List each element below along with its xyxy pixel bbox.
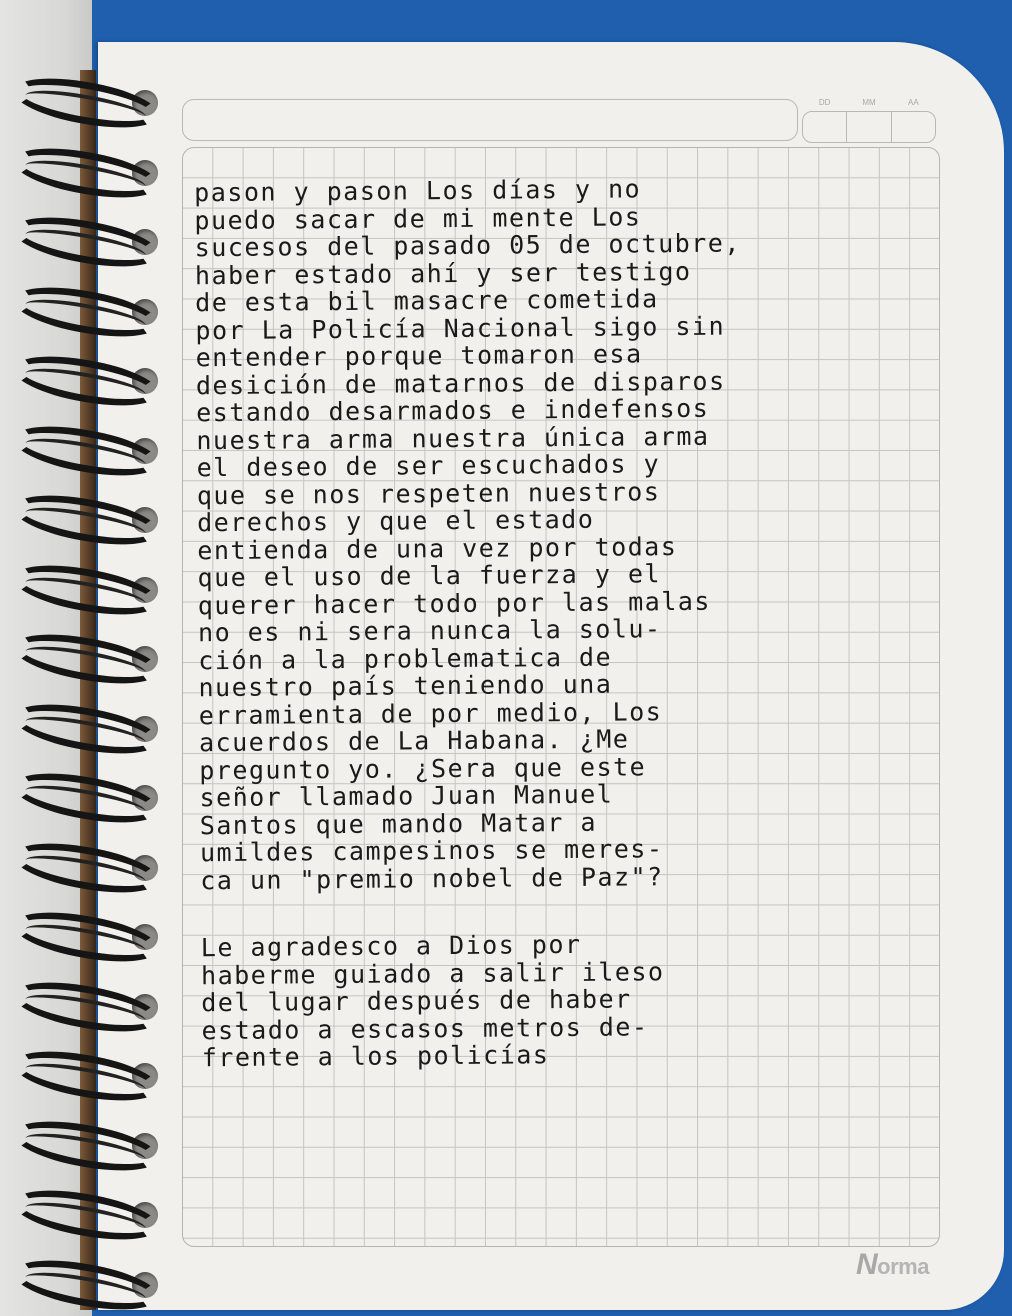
handwritten-paragraph-2: Le agradesco a Dios porhaberme guiado a …: [201, 928, 942, 1072]
date-field: DD MM AA: [802, 111, 936, 143]
date-year-cell: AA: [892, 112, 935, 142]
handwritten-line: ca un "premio nobel de Paz"?: [200, 860, 940, 894]
date-day-label: DD: [803, 98, 846, 107]
date-year-label: AA: [892, 98, 935, 107]
handwritten-paragraph-1: pason y pason Los días y nopuedo sacar d…: [194, 173, 940, 894]
norma-brand-logo: Norma: [856, 1248, 929, 1282]
title-field: [182, 99, 798, 141]
logo-initial: N: [856, 1248, 877, 1281]
logo-text: orma: [877, 1254, 929, 1279]
date-month-cell: MM: [847, 112, 891, 142]
handwritten-text: pason y pason Los días y nopuedo sacar d…: [194, 173, 942, 1072]
date-month-label: MM: [847, 98, 890, 107]
date-day-cell: DD: [803, 112, 847, 142]
